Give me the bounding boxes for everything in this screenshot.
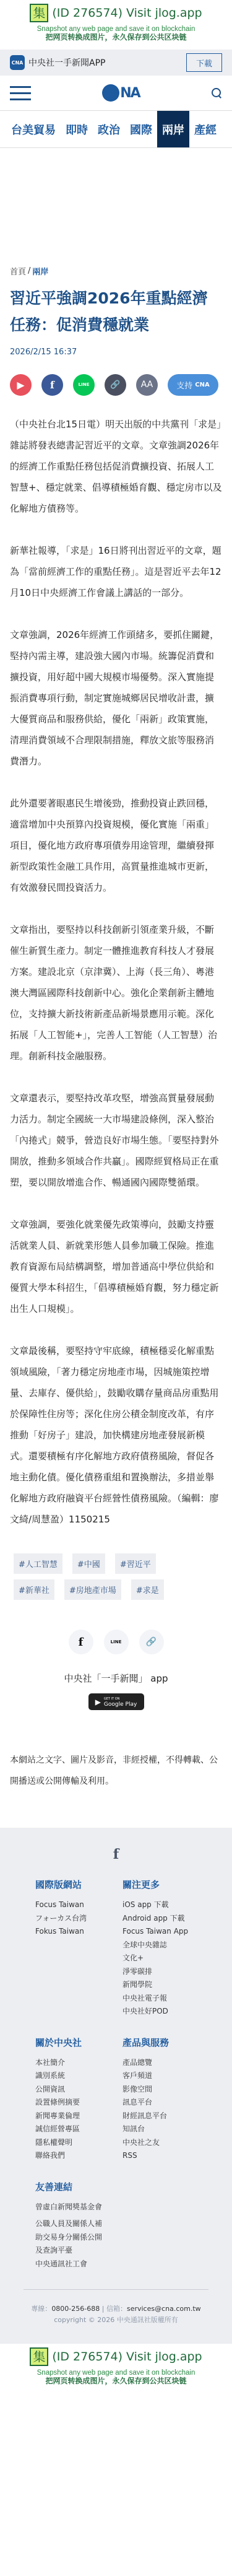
- footer-link[interactable]: 本社簡介: [35, 2056, 122, 2070]
- footer-link[interactable]: 設置條例摘要: [35, 2096, 122, 2110]
- copy-link-icon[interactable]: 🔗: [105, 374, 126, 396]
- article-paragraph: 文章強調，要強化就業優先政策導向，鼓勵支持靈活就業人員、新就業形態人員參加職工保…: [10, 1214, 222, 1319]
- footer-col-about: 關於中央社 本社簡介 識別系統 公開資訊 設置條例摘要 新聞專業倫理 誠信經營專…: [35, 2036, 122, 2163]
- tag-xi-jinping[interactable]: #習近平: [115, 1553, 156, 1574]
- article-paragraph: 文章指出，要堅持以科技創新引領產業升級，不斷催生新質生產力。制定一體推進教育科技…: [10, 919, 222, 1067]
- article-title: 習近平強調2026年重點經濟任務：促消費穩就業: [0, 280, 232, 338]
- line-share-icon[interactable]: LINE: [73, 374, 95, 396]
- footer-link[interactable]: 公開資訊: [35, 2083, 122, 2097]
- facebook-share-icon[interactable]: f: [69, 1630, 93, 1654]
- footer-link[interactable]: 中央通訊社工會: [35, 2258, 106, 2271]
- cna-app-icon: CNA: [10, 55, 25, 70]
- article-paragraph: 新華社報導，「求是」16日將刊出習近平的文章，題為「當前經濟工作的重點任務」。這…: [10, 540, 222, 603]
- footer-link[interactable]: 隱私權聲明: [35, 2136, 122, 2150]
- jlog-tagline-en: Snapshot any web page and save it on blo…: [0, 25, 232, 33]
- site-header: NA: [0, 76, 232, 111]
- footer-link[interactable]: 識別系統: [35, 2069, 122, 2083]
- facebook-share-icon[interactable]: f: [41, 374, 63, 396]
- article-body: （中央社台北15日電）明天出版的中共黨刊「求是」雜誌將發表總書記習近平的文章。文…: [0, 401, 232, 1530]
- jlog-tagline-en: Snapshot any web page and save it on blo…: [0, 2369, 232, 2377]
- footer-link[interactable]: 產品總覽: [122, 2056, 209, 2070]
- footer-link[interactable]: Focus Taiwan App: [122, 1925, 209, 1939]
- support-cna-button[interactable]: 支持CNA: [168, 374, 218, 396]
- footer-link[interactable]: 訊息平台: [122, 2096, 209, 2110]
- share-toolbar: ▶ f LINE 🔗 AA 支持CNA: [0, 357, 232, 401]
- tag-ai[interactable]: #人工智慧: [14, 1553, 62, 1574]
- footer-col-friendly-links: 友善連結 曾虛白新聞獎基金會 公職人員及關係人補助交易身分關係公開及查詢平臺 中…: [35, 2180, 122, 2271]
- nav-item-cross-strait[interactable]: 兩岸: [157, 111, 189, 148]
- nav-item-trade[interactable]: 台美貿易: [6, 111, 61, 148]
- google-play-button[interactable]: ▶ GET IT ONGoogle Play: [88, 1693, 144, 1710]
- play-audio-icon[interactable]: ▶: [10, 374, 32, 396]
- footer-link[interactable]: 新聞學院: [122, 1978, 209, 1992]
- footer-col-international: 國際版網站 Focus Taiwan フォーカス台湾 Fokus Taiwan: [35, 1878, 122, 2019]
- footer-col-follow: 關注更多 iOS app 下載 Android app 下載 Focus Tai…: [122, 1878, 209, 2019]
- tag-xinhua[interactable]: #新華社: [14, 1579, 54, 1600]
- nav-item-international[interactable]: 國際: [125, 111, 157, 148]
- footer-link[interactable]: 財經訊息平台: [122, 2110, 209, 2123]
- article-date: 2026/2/15 16:37: [0, 338, 232, 357]
- tag-qiushi[interactable]: #求是: [131, 1579, 164, 1600]
- app-download-bar: CNA 中央社一手新聞APP 下載: [0, 50, 232, 76]
- jlog-banner-top: 集(ID 276574) Visit jlog.app Snapshot any…: [0, 0, 232, 50]
- footer-link[interactable]: iOS app 下載: [122, 1898, 209, 1912]
- footer-link[interactable]: 聯絡我們: [35, 2149, 122, 2163]
- footer-link[interactable]: 影像空間: [122, 2083, 209, 2097]
- jlog-logo-icon: 集: [30, 4, 48, 22]
- app-promo-text: 中央社「一手新聞」 app: [0, 1672, 232, 1685]
- google-play-icon: ▶: [95, 1698, 101, 1706]
- footer-link[interactable]: Fokus Taiwan: [35, 1925, 122, 1939]
- tag-list: #人工智慧 #中國 #習近平 #新華社 #房地產市場 #求是: [0, 1551, 186, 1600]
- breadcrumb-current[interactable]: 兩岸: [32, 265, 48, 277]
- jlog-logo-icon: 集: [30, 2347, 48, 2366]
- article-paragraph: 文章還表示，要堅持改革攻堅，增強高質量發展動力活力。制定全國統一大市場建設條例，…: [10, 1088, 222, 1193]
- hotline-number[interactable]: 0800-256-688: [51, 2305, 100, 2313]
- footer-link[interactable]: 知訊台: [122, 2123, 209, 2136]
- tag-real-estate[interactable]: #房地產市場: [64, 1579, 121, 1600]
- jlog-tagline-zh: 把网页转换成图片，永久保存到公共区块链: [0, 33, 232, 41]
- footer-contact: 專線：0800-256-688 | 信箱：services@cna.com.tw…: [0, 2303, 232, 2326]
- facebook-icon[interactable]: f: [0, 1846, 232, 1862]
- jlog-id-text[interactable]: (ID 276574) Visit jlog.app: [52, 6, 202, 20]
- article-paragraph: 文章最後稱，要堅持守牢底線，積極穩妥化解重點領域風險，「著力穩定房地產市場，因城…: [10, 1340, 222, 1530]
- copy-link-icon[interactable]: 🔗: [139, 1630, 164, 1654]
- app-bar-title: 中央社一手新聞APP: [28, 56, 186, 69]
- nav-item-economy[interactable]: 產經: [189, 111, 221, 148]
- jlog-tagline-zh: 把网页转换成图片，永久保存到公共区块链: [0, 2377, 232, 2385]
- footer-divider: [24, 2289, 208, 2290]
- hamburger-menu-icon[interactable]: [10, 86, 31, 100]
- search-icon[interactable]: [211, 87, 222, 98]
- article-paragraph: （中央社台北15日電）明天出版的中共黨刊「求是」雜誌將發表總書記習近平的文章。文…: [10, 414, 222, 519]
- jlog-id-text[interactable]: (ID 276574) Visit jlog.app: [52, 2350, 202, 2364]
- footer-link[interactable]: Android app 下載: [122, 1912, 209, 1926]
- footer-link[interactable]: 淨零碳排: [122, 1965, 209, 1979]
- footer-link[interactable]: 中央社電子報: [122, 1992, 209, 2006]
- footer-link[interactable]: 文化+: [122, 1952, 209, 1965]
- copyright-notice: 本網站之文字、圖片及影音，非經授權，不得轉載、公開播送或公開傳輸及利用。: [0, 1710, 232, 1828]
- footer-col-products: 產品與服務 產品總覽 客戶頻道 影像空間 訊息平台 財經訊息平台 知訊台 中央社…: [122, 2036, 209, 2163]
- nav-item-latest[interactable]: 即時: [61, 111, 93, 148]
- footer-link[interactable]: 中央社好POD: [122, 2005, 209, 2019]
- breadcrumb: 首頁 / 兩岸: [0, 261, 232, 280]
- footer-link[interactable]: 客戶頻道: [122, 2069, 209, 2083]
- footer-copyright: copyright © 2026 中央通訊社版權所有: [0, 2315, 232, 2326]
- article-paragraph: 文章強調，2026年經濟工作頭緒多，要抓住關鍵，堅持內需主導，建設強大國內市場。…: [10, 624, 222, 772]
- line-share-icon[interactable]: LINE: [104, 1630, 129, 1654]
- category-nav: 台美貿易 即時 政治 國際 兩岸 產經: [0, 111, 232, 148]
- nav-item-politics[interactable]: 政治: [93, 111, 125, 148]
- ad-space: [0, 148, 232, 261]
- footer-link[interactable]: 公職人員及關係人補助交易身分關係公開及查詢平臺: [35, 2217, 106, 2258]
- download-button[interactable]: 下載: [186, 53, 222, 72]
- footer-link[interactable]: 全球中央雜誌: [122, 1939, 209, 1952]
- font-size-icon[interactable]: AA: [136, 374, 158, 396]
- jlog-banner-bottom: 集(ID 276574) Visit jlog.app Snapshot any…: [0, 2344, 232, 2393]
- cna-logo[interactable]: NA: [102, 84, 139, 102]
- email-link[interactable]: services@cna.com.tw: [127, 2305, 201, 2313]
- site-footer: f 國際版網站 Focus Taiwan フォーカス台湾 Fokus Taiwa…: [0, 1828, 232, 2344]
- globe-icon: [102, 84, 119, 102]
- footer-link[interactable]: 中央社之友: [122, 2136, 209, 2150]
- footer-link[interactable]: 曾虛白新聞獎基金會: [35, 2201, 106, 2214]
- footer-link[interactable]: 誠信經營專區: [35, 2123, 122, 2136]
- bottom-share-bar: f LINE 🔗: [0, 1630, 232, 1654]
- article-paragraph: 此外還要著眼惠民生增後勁，推動投資止跌回穩，適當增加中央預算內投資規模，優化實施…: [10, 793, 222, 898]
- footer-link[interactable]: 新聞專業倫理: [35, 2110, 122, 2123]
- cna-logo-small: CNA: [195, 382, 209, 388]
- footer-link[interactable]: Focus Taiwan: [35, 1898, 122, 1912]
- breadcrumb-home[interactable]: 首頁: [10, 265, 26, 277]
- footer-link[interactable]: RSS: [122, 2149, 209, 2163]
- tag-china[interactable]: #中國: [72, 1553, 105, 1574]
- footer-link[interactable]: フォーカス台湾: [35, 1912, 122, 1926]
- breadcrumb-separator: /: [28, 266, 30, 276]
